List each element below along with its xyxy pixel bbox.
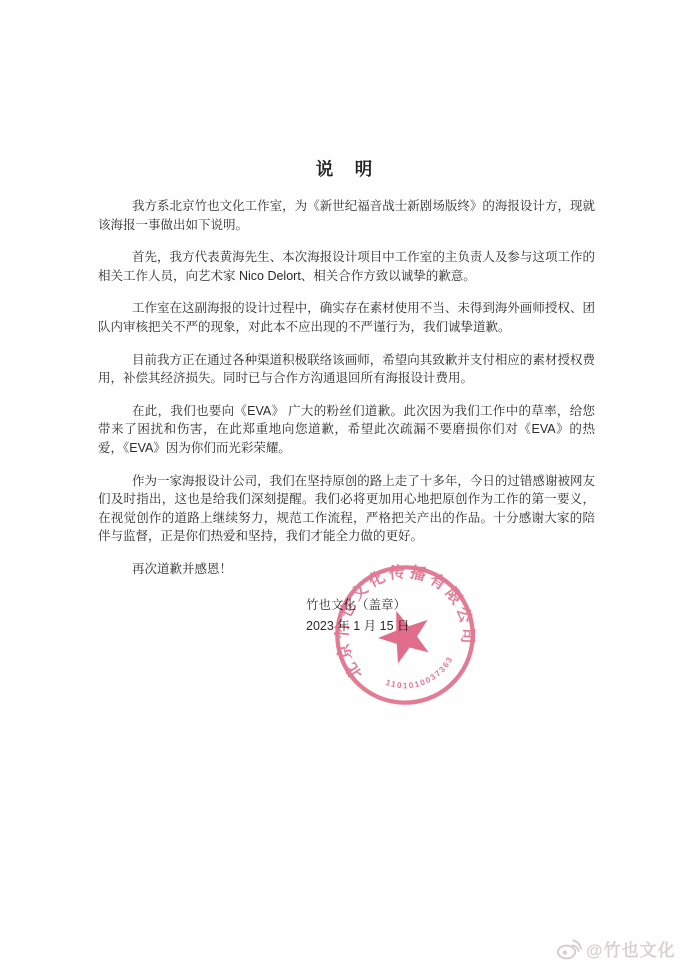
paragraph: 作为一家海报设计公司，我们在坚持原创的路上走了十多年，今日的过错感谢被网友们及时… — [98, 472, 595, 546]
watermark-handle: @竹也文化 — [586, 936, 676, 961]
paragraph: 首先，我方代表黄海先生、本次海报设计项目中工作室的主负责人及参与这项工作的相关工… — [98, 248, 595, 285]
document-page: 说 明 我方系北京竹也文化工作室，为《新世纪福音战士新剧场版终》的海报设计方，现… — [0, 0, 690, 976]
paragraph: 工作室在这副海报的设计过程中，确实存在素材使用不当、未得到海外画师授权、团队内审… — [98, 299, 595, 336]
weibo-watermark: @竹也文化 — [556, 936, 676, 961]
paragraph: 在此，我们也要向《EVA》 广大的粉丝们道歉。此次因为我们工作中的草率，给您带来… — [98, 402, 595, 458]
seal-registration-number: 1101010037363 — [382, 652, 461, 699]
star-icon — [371, 602, 438, 667]
paragraph: 目前我方正在通过各种渠道积极联络该画师，希望向其致歉并支付相应的素材授权费用，补… — [98, 351, 595, 388]
company-seal-stamp: 北京竹也文化传播有限公司 1101010037363 — [323, 553, 487, 717]
document-title: 说 明 — [0, 156, 690, 181]
weibo-icon — [556, 938, 582, 960]
svg-text:1101010037363: 1101010037363 — [382, 652, 461, 699]
paragraph: 我方系北京竹也文化工作室，为《新世纪福音战士新剧场版终》的海报设计方，现就该海报… — [98, 197, 595, 234]
